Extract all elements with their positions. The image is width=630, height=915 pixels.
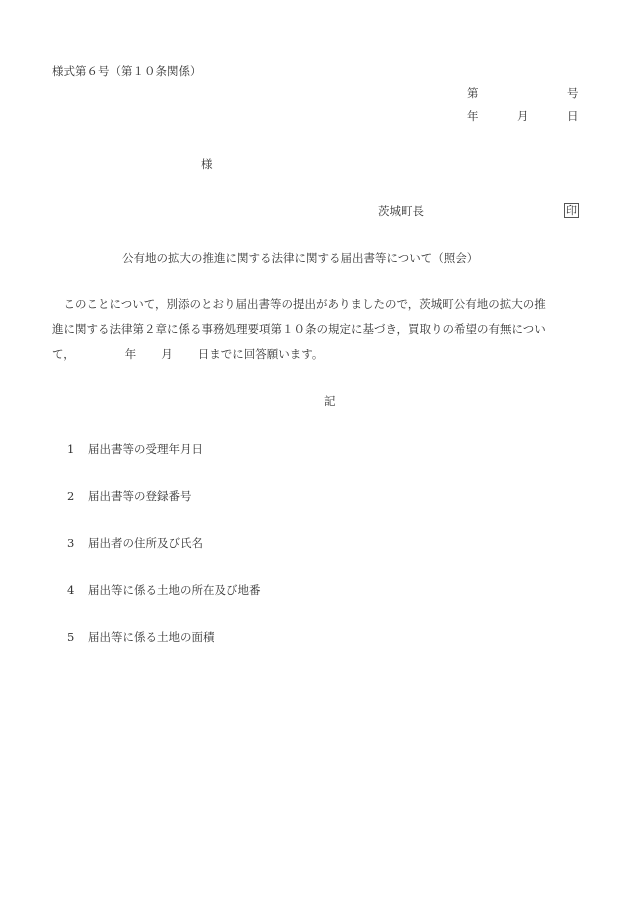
body-paragraph: このことについて，別添のとおり届出書等の提出がありましたので，茨城町公有地の拡大…	[52, 292, 580, 367]
item-4-label: 届出等に係る土地の所在及び地番	[88, 583, 261, 597]
item-4-number: 4	[67, 583, 74, 597]
body-line-2: 進に関する法律第２章に係る事務処理要項第１０条の規定に基づき，買取りの希望の有無…	[52, 317, 580, 342]
doc-number-suffix: 号	[567, 86, 579, 100]
subject-title: 公有地の拡大の推進に関する法律に関する届出書等について（照会）	[122, 251, 478, 265]
reply-month: 月	[161, 347, 173, 361]
body-line-1: このことについて，別添のとおり届出書等の提出がありましたので，茨城町公有地の拡大…	[52, 292, 580, 317]
item-5-number: 5	[67, 630, 74, 644]
addressee-suffix: 様	[201, 157, 213, 171]
seal-box: 印	[564, 203, 579, 218]
item-5-label: 届出等に係る土地の面積	[88, 630, 215, 644]
record-heading: 記	[324, 394, 336, 408]
item-3-label: 届出者の住所及び氏名	[88, 536, 203, 550]
item-2-label: 届出書等の登録番号	[88, 489, 192, 503]
item-3-number: 3	[67, 536, 74, 550]
date-month: 月	[517, 109, 529, 123]
item-1-label: 届出書等の受理年月日	[88, 442, 203, 456]
reply-end: 日までに回答願います。	[198, 347, 324, 361]
form-number: 様式第６号（第１０条関係）	[52, 64, 202, 78]
body-line-3: て，年月日までに回答願います。	[52, 342, 580, 367]
body-line-3-start: て，	[52, 347, 75, 361]
sender-title: 茨城町長	[378, 204, 424, 218]
reply-year: 年	[125, 347, 137, 361]
date-year: 年	[467, 109, 479, 123]
date-day: 日	[567, 109, 579, 123]
item-2-number: 2	[67, 489, 74, 503]
doc-number-prefix: 第	[467, 86, 479, 100]
item-1-number: 1	[67, 442, 74, 456]
seal-icon: 印	[564, 203, 579, 218]
